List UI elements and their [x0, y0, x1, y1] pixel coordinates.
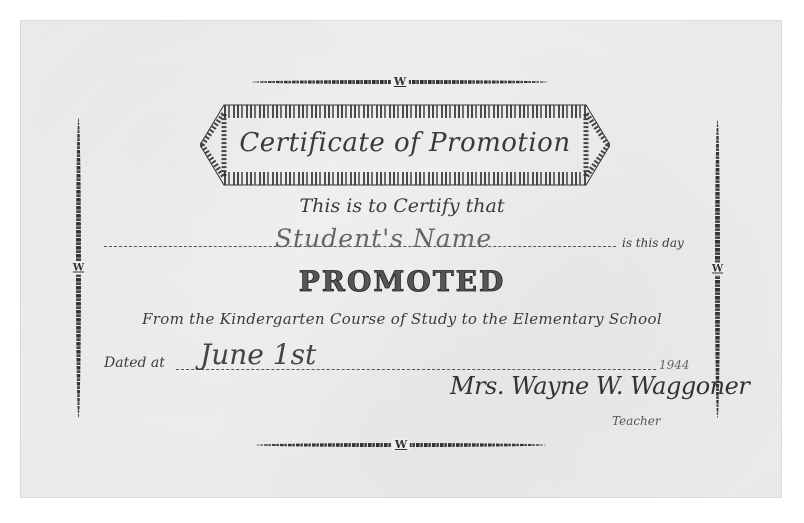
is-this-day-text: is this day — [622, 236, 684, 250]
certificate-title: Certificate of Promotion — [200, 128, 610, 158]
title-banner: Certificate of Promotion — [200, 103, 610, 187]
promoted-heading: PROMOTED — [0, 265, 804, 298]
dated-label: Dated at — [104, 355, 165, 371]
year: 1944 — [659, 358, 690, 372]
signature-role: Teacher — [612, 414, 661, 428]
certificate-paper — [20, 20, 782, 498]
course-line: From the Kindergarten Course of Study to… — [0, 310, 804, 328]
teacher-signature: Mrs. Wayne W. Waggoner — [450, 372, 749, 400]
banner-top-band — [224, 105, 586, 118]
bottom-ornament-rule: W — [256, 443, 546, 447]
date-value: June 1st — [200, 338, 316, 371]
monogram: W — [391, 75, 409, 88]
top-ornament-rule: W — [252, 80, 548, 84]
certify-line: This is to Certify that — [0, 195, 804, 217]
monogram: W — [392, 438, 410, 451]
student-name: Student's Name — [275, 224, 492, 253]
banner-bottom-band — [224, 172, 586, 185]
